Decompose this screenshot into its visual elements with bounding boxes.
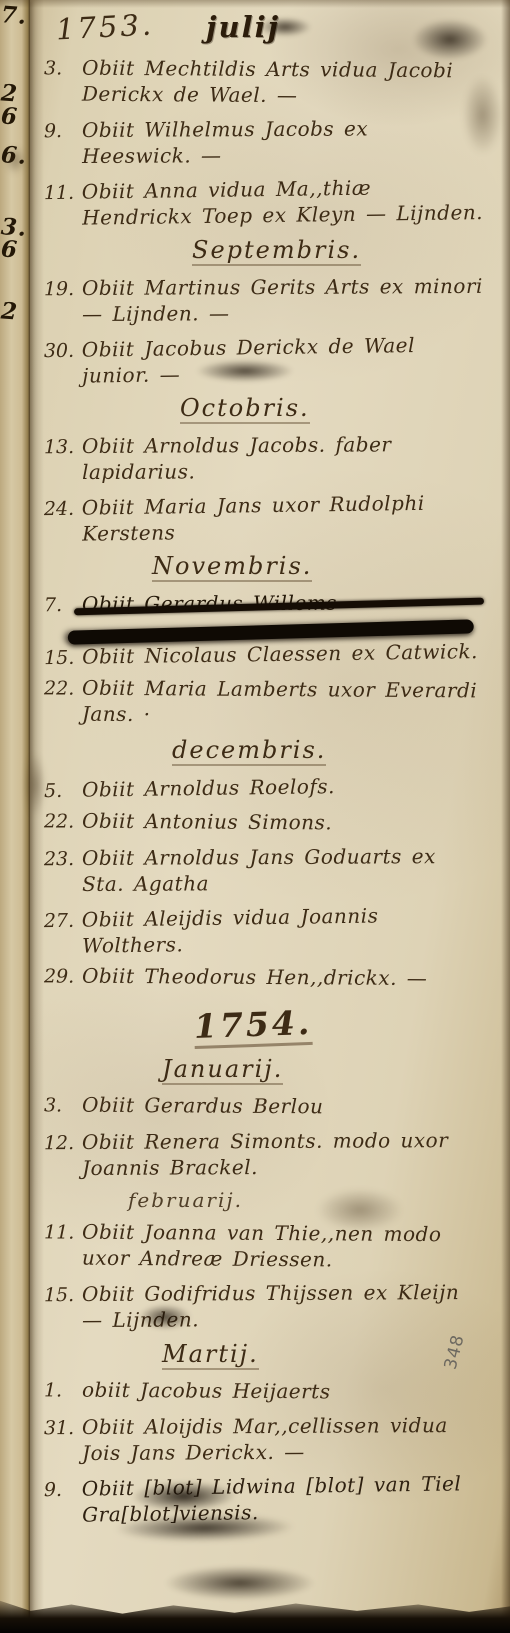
entry-day: 5. xyxy=(44,777,82,805)
entry-text: Obiit Godifridus Thijssen ex Kleijn — Li… xyxy=(82,1279,484,1333)
register-entry: 11.Obiit Anna vidua Ma,,thiæ Hendrickx T… xyxy=(44,173,501,231)
register-entry: 29.Obiit Theodorus Hen,,drickx. — xyxy=(44,962,500,992)
entry-day: 15. xyxy=(44,644,82,672)
month-heading: Novembris. xyxy=(152,552,312,582)
register-entry: 9.Obiit Wilhelmus Jacobs ex Heeswick. — xyxy=(44,115,500,169)
register-entry: 23.Obiit Arnoldus Jans Goduarts ex Sta. … xyxy=(44,843,500,897)
register-entry: 1.obiit Jacobus Heijaerts xyxy=(44,1376,500,1406)
register-entry: 11.Obiit Joanna van Thie,,nen modo uxor … xyxy=(44,1218,500,1273)
previous-page-edge: 7.266.3.62 xyxy=(0,0,30,1633)
month-heading: Martij. xyxy=(162,1340,259,1370)
month-heading: februarij. xyxy=(128,1188,243,1212)
entry-day: 7. xyxy=(44,591,82,618)
entry-day: 3. xyxy=(44,1091,82,1118)
entry-day: 11. xyxy=(44,1218,82,1270)
register-entry: 22.Obiit Maria Lamberts uxor Everardi Ja… xyxy=(44,674,500,729)
entry-day: 19. xyxy=(44,275,82,327)
entry-text: Obiit Aloijdis Mar,,cellissen vidua Jois… xyxy=(82,1412,484,1466)
entry-day: 22. xyxy=(44,674,82,726)
manuscript-scan: 7.266.3.62 1753.julij3.Obiit Mechtildis … xyxy=(0,0,510,1633)
year-month-heading: 1753.julij xyxy=(56,10,500,44)
entry-text: Obiit Mechtildis Arts vidua Jacobi Deric… xyxy=(82,55,484,110)
entry-day: 9. xyxy=(44,117,82,169)
edge-fragment: 2 xyxy=(0,297,19,325)
entry-text: Obiit Gerardus Willems xyxy=(82,589,484,618)
register-entry: 15.Obiit Nicolaus Claessen ex Catwick. xyxy=(44,622,501,671)
register-entry: 12.Obiit Renera Simonts. modo uxor Joann… xyxy=(44,1127,500,1181)
entry-text: Obiit Joanna van Thie,,nen modo uxor And… xyxy=(82,1219,484,1274)
entry-text: Obiit Nicolaus Claessen ex Catwick. xyxy=(82,638,484,671)
entry-text: Obiit Anna vidua Ma,,thiæ Hendrickx Toep… xyxy=(82,173,485,231)
entry-day: 11. xyxy=(44,179,83,232)
month-heading: Septembris. xyxy=(192,236,361,266)
year-heading: 1754. xyxy=(193,1003,313,1049)
entry-day: 30. xyxy=(44,337,83,390)
entry-text: Obiit Gerardus Berlou xyxy=(82,1092,484,1122)
entry-text: Obiit Arnoldus Jacobs. faber lapidarius. xyxy=(82,431,484,485)
month-heading-inline: julij xyxy=(206,10,280,44)
right-page-edge xyxy=(501,0,510,1633)
entry-text: obiit Jacobus Heijaerts xyxy=(82,1377,484,1407)
entry-text: Obiit Arnoldus Jans Goduarts ex Sta. Aga… xyxy=(82,843,484,897)
entry-day: 3. xyxy=(44,54,82,106)
entry-day: 27. xyxy=(44,907,83,960)
register-entry: 5.Obiit Arnoldus Roelofs. xyxy=(44,771,500,804)
register-entry: 9.Obiit [blot] Lidwina [blot] van Tiel G… xyxy=(44,1470,501,1528)
entry-day: 12. xyxy=(44,1129,82,1181)
entry-text: Obiit Theodorus Hen,,drickx. — xyxy=(82,963,484,993)
entry-text: Obiit Maria Jans uxor Rudolphi Kerstens xyxy=(82,489,485,547)
edge-fragment: 6. xyxy=(0,141,28,170)
entry-text: Obiit [blot] Lidwina [blot] van Tiel Gra… xyxy=(82,1470,485,1528)
entry-day: 24. xyxy=(44,495,83,548)
register-entry: 22.Obiit Antonius Simons. xyxy=(44,807,500,837)
entry-day: 1. xyxy=(44,1376,82,1403)
entry-day: 29. xyxy=(44,962,82,989)
entry-text: Obiit Aleijdis vidua Joannis Wolthers. xyxy=(82,901,485,959)
register-entry: 3.Obiit Gerardus Berlou xyxy=(44,1091,500,1121)
register-entry: 27.Obiit Aleijdis vidua Joannis Wolthers… xyxy=(44,901,501,959)
register-entry: 7.Obiit Gerardus Willems xyxy=(44,589,500,618)
entry-day: 13. xyxy=(44,433,82,485)
entry-text: Obiit Wilhelmus Jacobs ex Heeswick. — xyxy=(82,115,484,169)
month-heading: decembris. xyxy=(172,736,326,766)
edge-fragment: 6 xyxy=(0,235,19,263)
ink-smudge xyxy=(140,1560,340,1606)
register-entry: 13.Obiit Arnoldus Jacobs. faber lapidari… xyxy=(44,431,500,485)
register: 1753.julij3.Obiit Mechtildis Arts vidua … xyxy=(36,4,506,1533)
entry-text: Obiit Martinus Gerits Arts ex minori — L… xyxy=(82,273,484,327)
bottom-scan-shadow xyxy=(0,1587,510,1633)
edge-fragment: 6 xyxy=(0,102,19,130)
register-entry: 30.Obiit Jacobus Derickx de Wael junior.… xyxy=(44,331,501,389)
entry-day: 15. xyxy=(44,1281,82,1333)
entry-text: Obiit Antonius Simons. xyxy=(82,808,484,838)
entry-text: Obiit Maria Lamberts uxor Everardi Jans.… xyxy=(82,675,484,730)
register-entry: 3.Obiit Mechtildis Arts vidua Jacobi Der… xyxy=(44,54,500,109)
entry-text: Obiit Jacobus Derickx de Wael junior. — xyxy=(82,331,485,389)
register-entry: 31.Obiit Aloijdis Mar,,cellissen vidua J… xyxy=(44,1412,500,1466)
entry-day: 23. xyxy=(44,845,82,897)
year-label: 1753. xyxy=(55,7,155,46)
entry-day: 31. xyxy=(44,1414,82,1466)
month-heading: Januarij. xyxy=(162,1055,283,1085)
register-entry: 19.Obiit Martinus Gerits Arts ex minori … xyxy=(44,273,500,327)
register-entry: 15.Obiit Godifridus Thijssen ex Kleijn —… xyxy=(44,1279,500,1333)
top-page-edge xyxy=(0,0,510,8)
entry-text: Obiit Arnoldus Roelofs. xyxy=(82,771,484,804)
month-heading: Octobris. xyxy=(180,394,310,424)
entry-text: Obiit Renera Simonts. modo uxor Joannis … xyxy=(82,1127,484,1181)
register-entry: 24.Obiit Maria Jans uxor Rudolphi Kerste… xyxy=(44,489,501,547)
entry-day: 22. xyxy=(44,807,82,834)
entry-day: 9. xyxy=(44,1476,83,1529)
